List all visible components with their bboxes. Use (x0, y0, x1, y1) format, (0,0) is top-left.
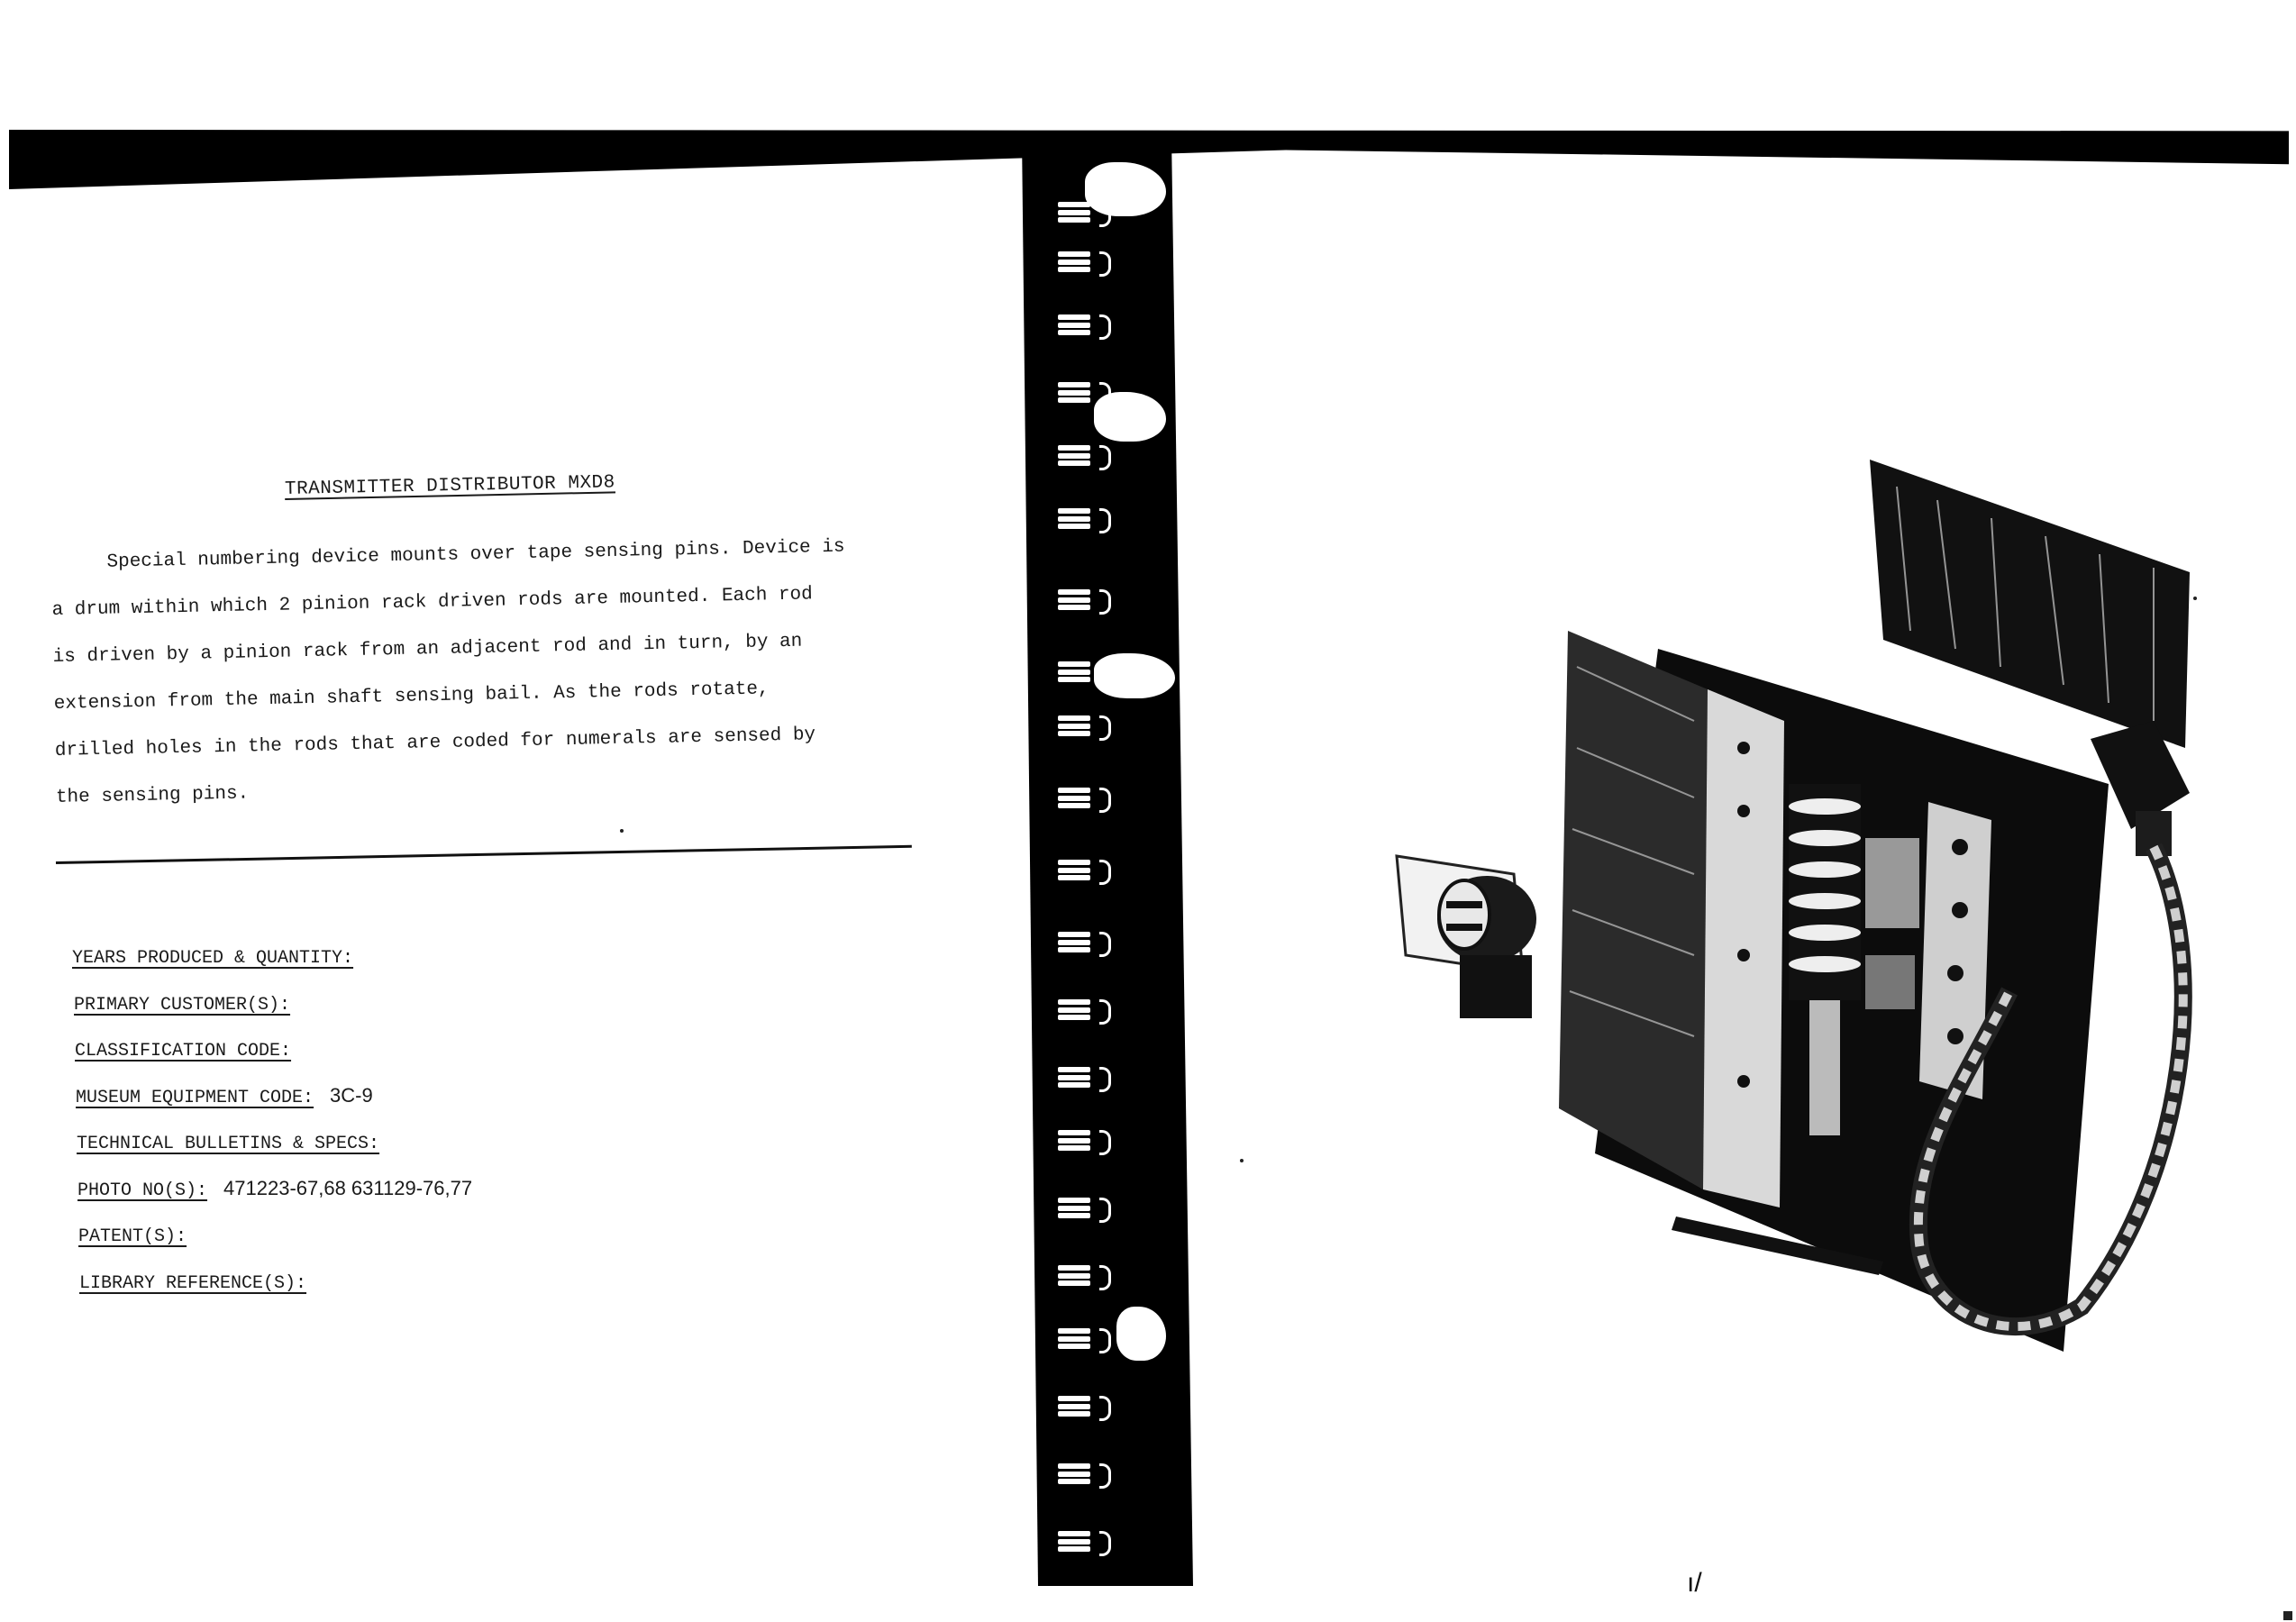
binder-ring-icon (1058, 1126, 1108, 1153)
binder-ring-icon (1058, 712, 1108, 739)
binder-ring-icon (1058, 1063, 1108, 1090)
field-label: MUSEUM EQUIPMENT CODE: (76, 1088, 314, 1108)
field-museum-equipment-code: MUSEUM EQUIPMENT CODE:3C-9 (76, 1082, 883, 1129)
document-title: TRANSMITTER DISTRIBUTOR MXD8 (285, 472, 615, 500)
binder-ring-icon (1058, 198, 1108, 225)
binder-ring-icon (1058, 1392, 1108, 1419)
field-value: 471223-67,68 631129-76,77 (223, 1177, 472, 1199)
binder-ring-icon (1058, 658, 1108, 685)
field-technical-bulletins: TECHNICAL BULLETINS & SPECS: (77, 1128, 883, 1175)
field-label: PATENT(S): (78, 1226, 187, 1247)
spine-highlight (1116, 1307, 1166, 1361)
scan-speck (2283, 1611, 2292, 1620)
section-divider (56, 845, 912, 864)
field-label: LIBRARY REFERENCE(S): (79, 1273, 306, 1294)
field-years-produced: YEARS PRODUCED & QUANTITY: (72, 943, 883, 989)
binder-ring-icon (1058, 784, 1108, 811)
binder-ring-icon (1058, 1262, 1108, 1289)
field-label: TECHNICAL BULLETINS & SPECS: (77, 1134, 379, 1154)
scan-speck (1240, 1159, 1244, 1162)
binder-ring-icon (1058, 311, 1108, 338)
binder-ring-icon (1058, 856, 1108, 883)
scan-speck (620, 829, 624, 833)
binder-ring-icon (1058, 1325, 1108, 1352)
binder-ring-icon (1058, 928, 1108, 955)
field-photo-numbers: PHOTO NO(S):471223-67,68 631129-76,77 (77, 1175, 883, 1222)
binder-ring-icon (1058, 586, 1108, 613)
field-label: PRIMARY CUSTOMER(S): (74, 995, 290, 1016)
metadata-fields: YEARS PRODUCED & QUANTITY: PRIMARY CUSTO… (72, 943, 883, 1314)
field-label: PHOTO NO(S): (77, 1180, 207, 1201)
field-label: CLASSIFICATION CODE: (75, 1041, 291, 1062)
handwritten-mark: ı/ (1687, 1568, 1702, 1599)
binder-ring-icon (1058, 1527, 1108, 1554)
field-primary-customers: PRIMARY CUSTOMER(S): (74, 989, 883, 1036)
description-paragraph: Special numbering device mounts over tap… (50, 524, 885, 822)
binder-spine (1013, 135, 1193, 1586)
binder-ring-icon (1058, 248, 1108, 275)
binder-ring-icon (1058, 1194, 1108, 1221)
binder-ring-icon (1058, 996, 1108, 1023)
left-page: TRANSMITTER DISTRIBUTOR MXD8 Special num… (0, 0, 1009, 1622)
binder-ring-icon (1058, 505, 1108, 532)
device-photo (1379, 451, 2271, 1370)
binder-ring-icon (1058, 1460, 1108, 1487)
field-patents: PATENT(S): (78, 1221, 883, 1268)
field-label: YEARS PRODUCED & QUANTITY: (72, 948, 353, 969)
scan-speck (2193, 597, 2197, 600)
binder-ring-icon (1058, 378, 1108, 405)
field-library-references: LIBRARY REFERENCE(S): (79, 1268, 883, 1315)
field-value: 3C-9 (330, 1084, 373, 1107)
field-classification-code: CLASSIFICATION CODE: (75, 1035, 883, 1082)
binder-ring-icon (1058, 442, 1108, 469)
